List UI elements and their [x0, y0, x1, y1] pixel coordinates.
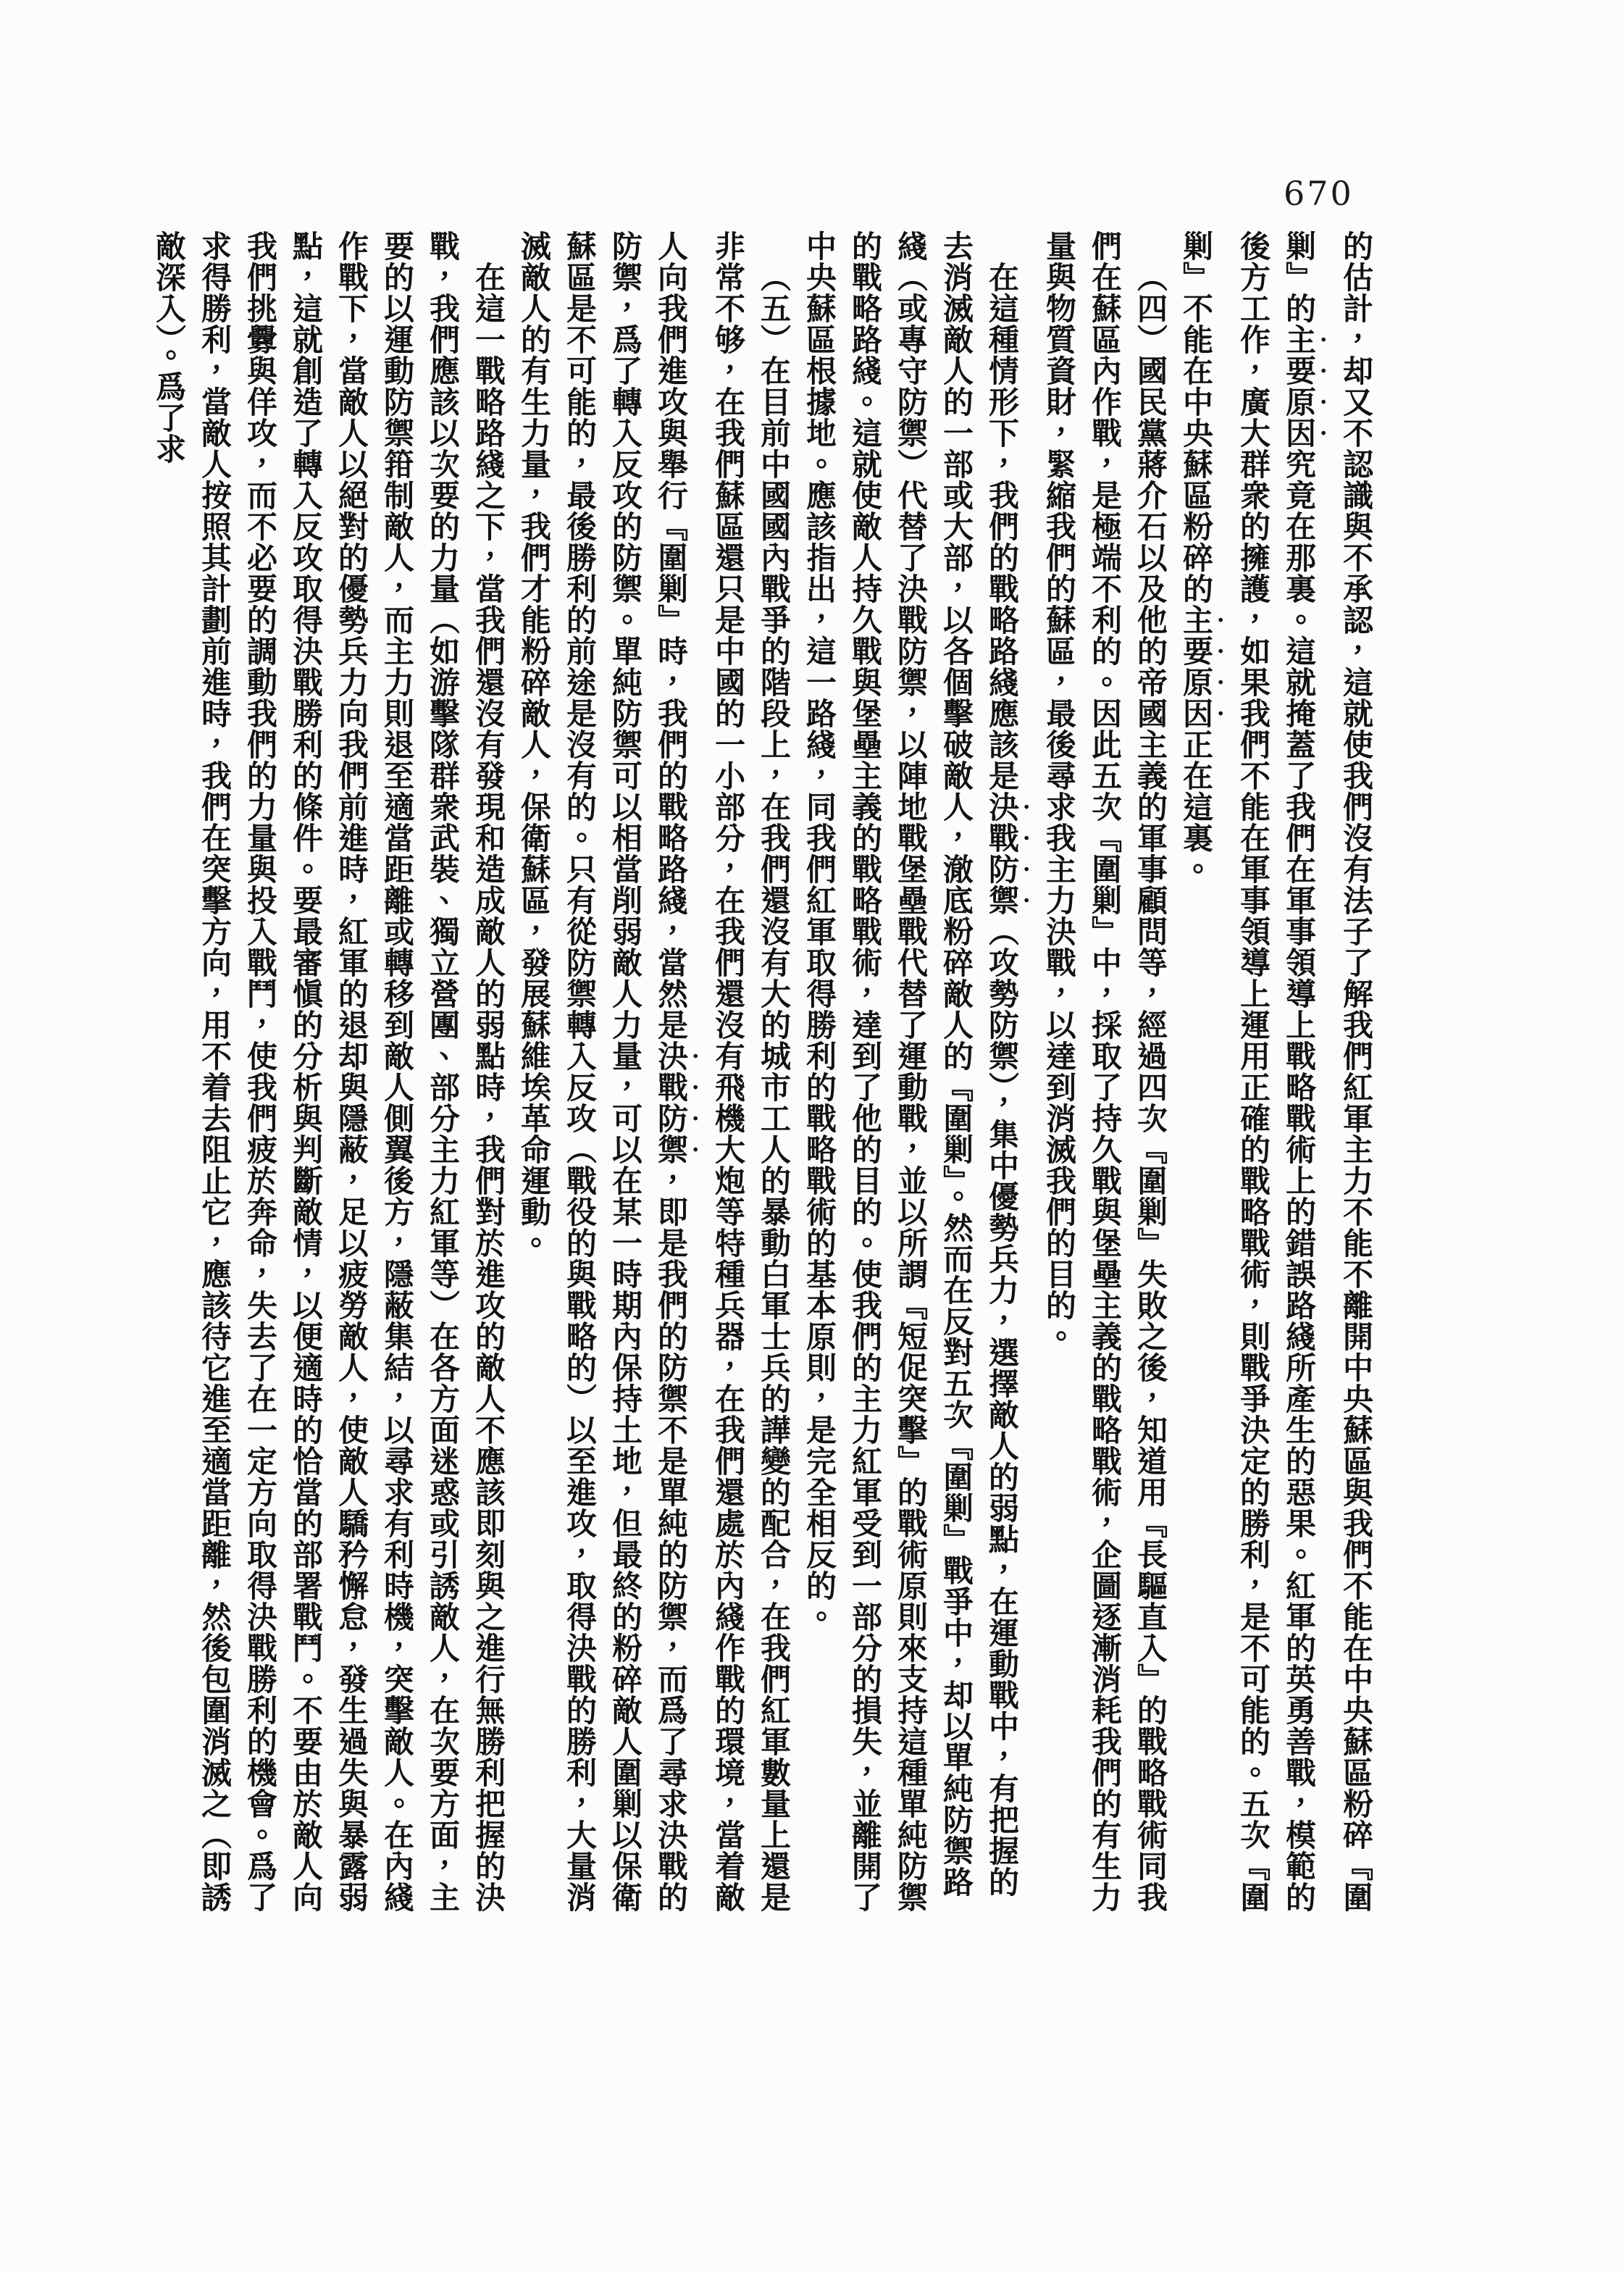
- emphasis-span: 決戰防禦: [653, 1040, 687, 1165]
- emphasis-span: 主要原因: [1179, 604, 1212, 729]
- text-span: （四）國民黨蔣介石以及他的帝國主義的軍事顧問等，經過四次『圍剿』失敗之後，知道用…: [1042, 230, 1166, 1913]
- paragraph: （五）在目前中國國內戰爭的階段上，在我們還沒有大的城市工人的暴動白軍士兵的譁變的…: [510, 230, 795, 1913]
- paragraph: 的估計，却又不認識與不承認，這就使我們沒有法子了解我們紅軍主力不能不離開中央蘇區…: [1172, 230, 1378, 1913]
- text-span: 在這種情形下，我們的戰略路綫應該是: [984, 262, 1018, 791]
- text-span: 正在這裏。: [1179, 729, 1212, 885]
- paragraph: 在這種情形下，我們的戰略路綫應該是決戰防禦（攻勢防禦），集中優勢兵力，選擇敵人的…: [795, 230, 1035, 1913]
- paragraph: （四）國民黨蔣介石以及他的帝國主義的軍事顧問等，經過四次『圍剿』失敗之後，知道用…: [1035, 230, 1172, 1913]
- emphasis-span: 決戰防禦: [984, 791, 1018, 916]
- text-span: 究竟在那裏。這就掩蓋了我們在軍事領導上戰略戰術上的錯誤路綫所產生的惡果。紅軍的英…: [1179, 230, 1315, 1913]
- scanned-book-page: 670 的估計，却又不認識與不承認，這就使我們沒有法子了解我們紅軍主力不能不離開…: [0, 0, 1624, 2272]
- document-text: 的估計，却又不認識與不承認，這就使我們沒有法子了解我們紅軍主力不能不離開中央蘇區…: [235, 230, 1378, 1913]
- text-span: 在這一戰略路綫之下，當我們還沒有發現和造成敵人的弱點時，我們對於進攻的敵人不應該…: [151, 230, 504, 1913]
- page-number: 670: [1284, 174, 1354, 213]
- paragraph: 在這一戰略路綫之下，當我們還沒有發現和造成敵人的弱點時，我們對於進攻的敵人不應該…: [145, 230, 510, 1913]
- emphasis-span: 主要原因: [1281, 324, 1315, 448]
